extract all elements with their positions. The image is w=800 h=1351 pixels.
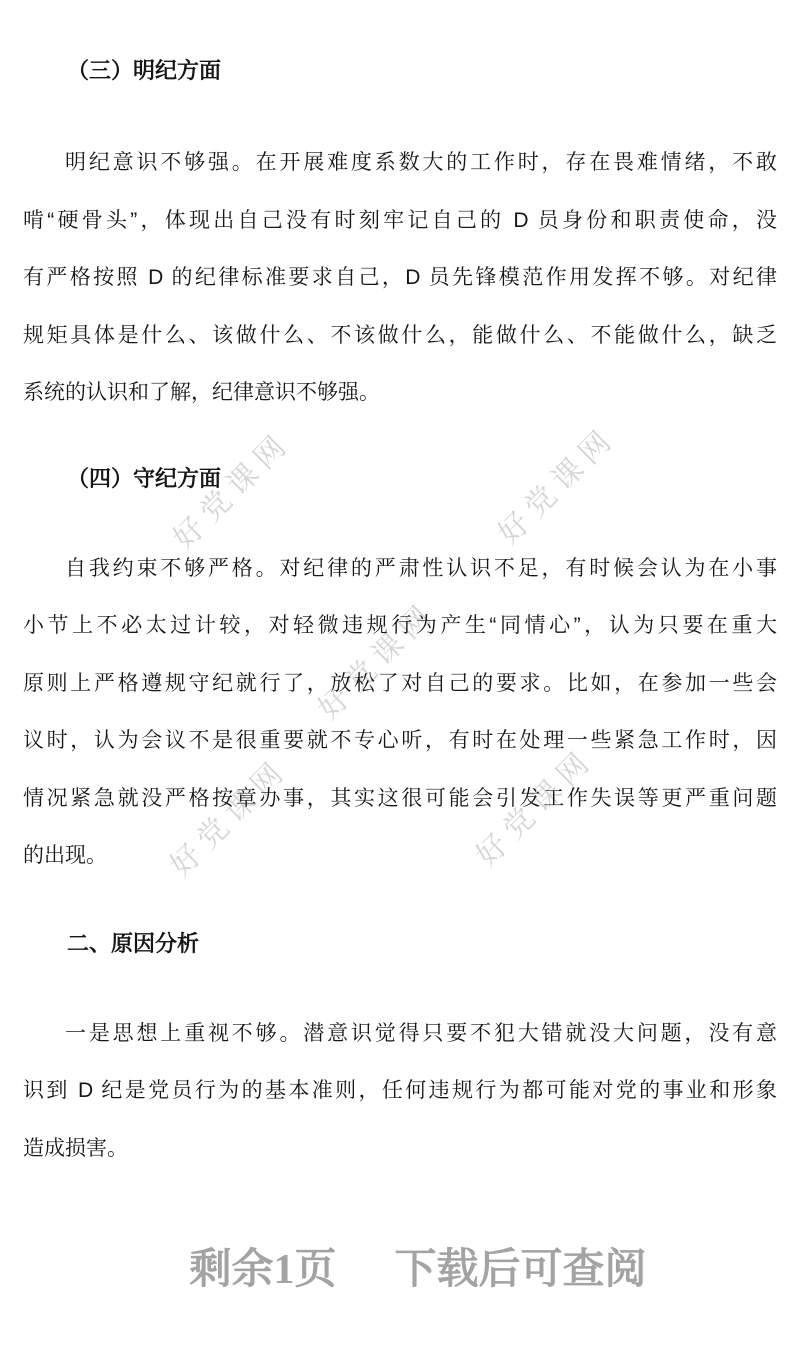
download-hint-label: 下载后可查阅	[395, 1246, 647, 1294]
text-line: 造成损害。	[23, 1120, 777, 1178]
paragraph-mingji: 明纪意识不够强。在开展难度系数大的工作时，存在畏难情绪，不敢 啃“硬骨头”，体现…	[23, 134, 777, 422]
text-line: 识到 D 纪是党员行为的基本准则，任何违规行为都可能对党的事业和形象	[23, 1062, 777, 1120]
text-line: 规矩具体是什么、该做什么、不该做什么，能做什么、不能做什么，缺乏	[23, 307, 777, 365]
section-heading-mingji: （三）明纪方面	[23, 56, 777, 86]
text-line: 有严格按照 D 的纪律标准要求自己，D 员先锋模范作用发挥不够。对纪律	[23, 249, 777, 307]
paragraph-yuanyin: 一是思想上重视不够。潜意识觉得只要不犯大错就没大问题，没有意 识到 D 纪是党员…	[23, 1005, 777, 1178]
section-heading-shouji: （四）守纪方面	[23, 464, 777, 494]
footer-notice: 剩余1页 下载后可查阅	[23, 1246, 777, 1294]
pages-remaining-label: 剩余1页	[189, 1246, 336, 1294]
text-line: 系统的认识和了解，纪律意识不够强。	[23, 364, 777, 422]
text-line: 明纪意识不够强。在开展难度系数大的工作时，存在畏难情绪，不敢	[23, 134, 777, 192]
text-line: 自我约束不够严格。对纪律的严肃性认识不足，有时候会认为在小事	[23, 540, 777, 598]
text-line: 的出现。	[23, 827, 777, 885]
section-heading-yuanyin-fenxi: 二、原因分析	[23, 929, 777, 959]
paragraph-shouji: 自我约束不够严格。对纪律的严肃性认识不足，有时候会认为在小事 小节上不必太过计较…	[23, 540, 777, 885]
text-line: 啃“硬骨头”，体现出自己没有时刻牢记自己的 D 员身份和职责使命，没	[23, 192, 777, 250]
document-page: 好党课网 好党课网 好党课网 好党课网 好党课网 （三）明纪方面 明纪意识不够强…	[0, 0, 800, 1351]
text-line: 小节上不必太过计较，对轻微违规行为产生“同情心”，认为只要在重大	[23, 597, 777, 655]
text-line: 情况紧急就没严格按章办事，其实这很可能会引发工作失误等更严重问题	[23, 770, 777, 828]
text-line: 议时，认为会议不是很重要就不专心听，有时在处理一些紧急工作时，因	[23, 712, 777, 770]
document-content: （三）明纪方面 明纪意识不够强。在开展难度系数大的工作时，存在畏难情绪，不敢 啃…	[0, 56, 800, 1294]
text-line: 一是思想上重视不够。潜意识觉得只要不犯大错就没大问题，没有意	[23, 1005, 777, 1063]
text-line: 原则上严格遵规守纪就行了，放松了对自己的要求。比如，在参加一些会	[23, 655, 777, 713]
